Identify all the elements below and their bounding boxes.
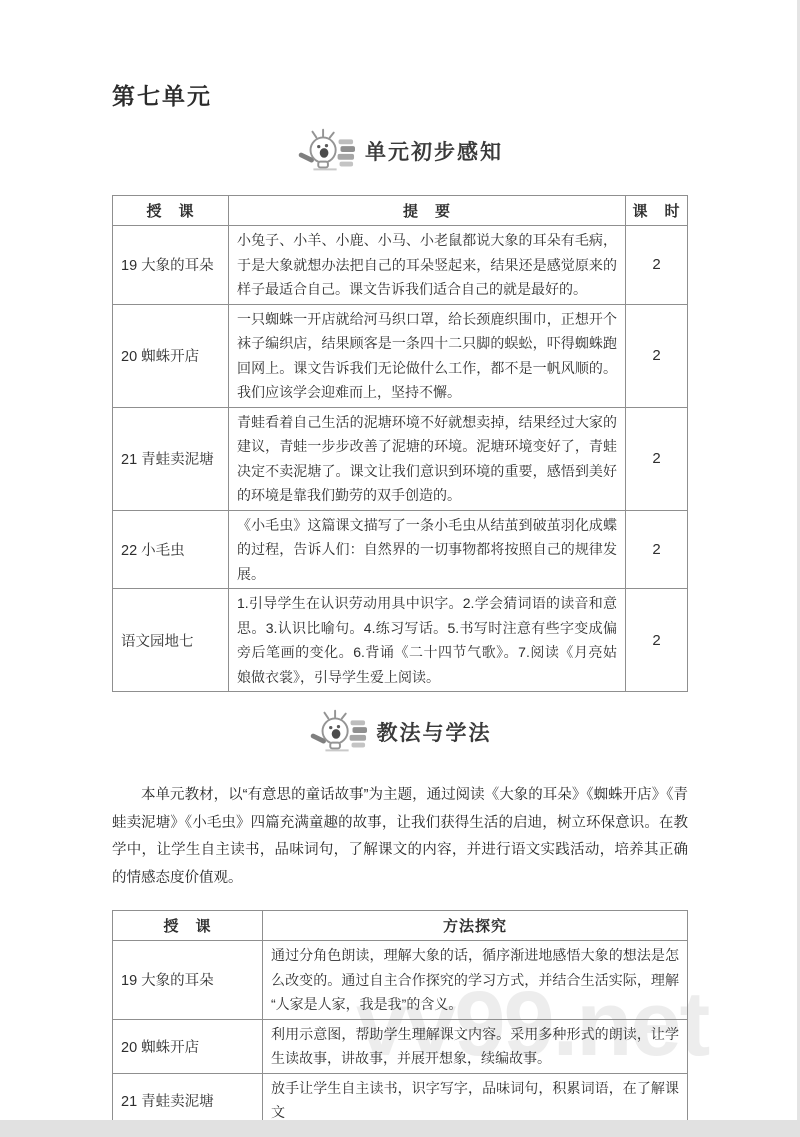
section2-heading: 教法与学法: [112, 706, 688, 758]
course-cell: 20 蜘蛛开店: [113, 304, 229, 407]
hours-cell: 2: [626, 589, 688, 692]
lightbulb-books-icon: [309, 709, 367, 755]
course-cell: 语文园地七: [113, 589, 229, 692]
course-cell: 19 大象的耳朵: [113, 226, 229, 305]
method-table: 授 课 方法探究 19 大象的耳朵 通过分角色朗读，理解大象的话，循序渐进地感悟…: [112, 910, 688, 1128]
col-header-course: 授 课: [113, 911, 263, 941]
unit-title: 第七单元: [112, 78, 688, 111]
summary-cell: 《小毛虫》这篇课文描写了一条小毛虫从结茧到破茧羽化成蝶的过程，告诉人们：自然界的…: [229, 510, 626, 589]
table-header-row: 授 课 提 要 课 时: [113, 196, 688, 226]
course-cell: 21 青蛙卖泥塘: [113, 407, 229, 510]
table-row: 21 青蛙卖泥塘 青蛙看着自己生活的泥塘环境不好就想卖掉，结果经过大家的建议，青…: [113, 407, 688, 510]
summary-cell: 小兔子、小羊、小鹿、小马、小老鼠都说大象的耳朵有毛病，于是大象就想办法把自己的耳…: [229, 226, 626, 305]
table-header-row: 授 课 方法探究: [113, 911, 688, 941]
document-page: vv99.net 第七单元: [0, 0, 800, 1137]
unit-overview-table: 授 课 提 要 课 时 19 大象的耳朵 小兔子、小羊、小鹿、小马、小老鼠都说大…: [112, 195, 688, 692]
col-header-course: 授 课: [113, 196, 229, 226]
lightbulb-books-icon: [297, 128, 355, 174]
hours-cell: 2: [626, 226, 688, 305]
table-row: 22 小毛虫 《小毛虫》这篇课文描写了一条小毛虫从结茧到破茧羽化成蝶的过程，告诉…: [113, 510, 688, 589]
table-row: 19 大象的耳朵 小兔子、小羊、小鹿、小马、小老鼠都说大象的耳朵有毛病，于是大象…: [113, 226, 688, 305]
summary-cell: 青蛙看着自己生活的泥塘环境不好就想卖掉，结果经过大家的建议，青蛙一步步改善了泥塘…: [229, 407, 626, 510]
table-row: 21 青蛙卖泥塘 放手让学生自主读书，识字写字，品味词句，积累词语，在了解课文: [113, 1073, 688, 1127]
col-header-method: 方法探究: [263, 911, 688, 941]
summary-cell: 1.引导学生在认识劳动用具中识字。2.学会猜词语的读音和意思。3.认识比喻句。4…: [229, 589, 626, 692]
page-bottom-edge: [0, 1120, 800, 1137]
course-cell: 20 蜘蛛开店: [113, 1019, 263, 1073]
section2-title: 教法与学法: [377, 717, 492, 747]
page-content: 第七单元 单元初步感知: [0, 0, 800, 1137]
course-cell: 22 小毛虫: [113, 510, 229, 589]
method-cell: 放手让学生自主读书，识字写字，品味词句，积累词语，在了解课文: [263, 1073, 688, 1127]
col-header-hours: 课 时: [626, 196, 688, 226]
hours-cell: 2: [626, 304, 688, 407]
section1-title: 单元初步感知: [365, 136, 503, 166]
hours-cell: 2: [626, 510, 688, 589]
unit-intro-paragraph: 本单元教材，以“有意思的童话故事”为主题，通过阅读《大象的耳朵》《蜘蛛开店》《青…: [112, 782, 688, 892]
hours-cell: 2: [626, 407, 688, 510]
table-row: 20 蜘蛛开店 一只蜘蛛一开店就给河马织口罩，给长颈鹿织围巾，正想开个袜子编织店…: [113, 304, 688, 407]
course-cell: 21 青蛙卖泥塘: [113, 1073, 263, 1127]
section1-heading: 单元初步感知: [112, 125, 688, 177]
table-row: 19 大象的耳朵 通过分角色朗读，理解大象的话，循序渐进地感悟大象的想法是怎么改…: [113, 941, 688, 1020]
course-cell: 19 大象的耳朵: [113, 941, 263, 1020]
table-row: 20 蜘蛛开店 利用示意图，帮助学生理解课文内容。采用多种形式的朗读，让学生读故…: [113, 1019, 688, 1073]
table-row: 语文园地七 1.引导学生在认识劳动用具中识字。2.学会猜词语的读音和意思。3.认…: [113, 589, 688, 692]
method-cell: 通过分角色朗读，理解大象的话，循序渐进地感悟大象的想法是怎么改变的。通过自主合作…: [263, 941, 688, 1020]
summary-cell: 一只蜘蛛一开店就给河马织口罩，给长颈鹿织围巾，正想开个袜子编织店，结果顾客是一条…: [229, 304, 626, 407]
col-header-summary: 提 要: [229, 196, 626, 226]
method-cell: 利用示意图，帮助学生理解课文内容。采用多种形式的朗读，让学生读故事，讲故事，并展…: [263, 1019, 688, 1073]
